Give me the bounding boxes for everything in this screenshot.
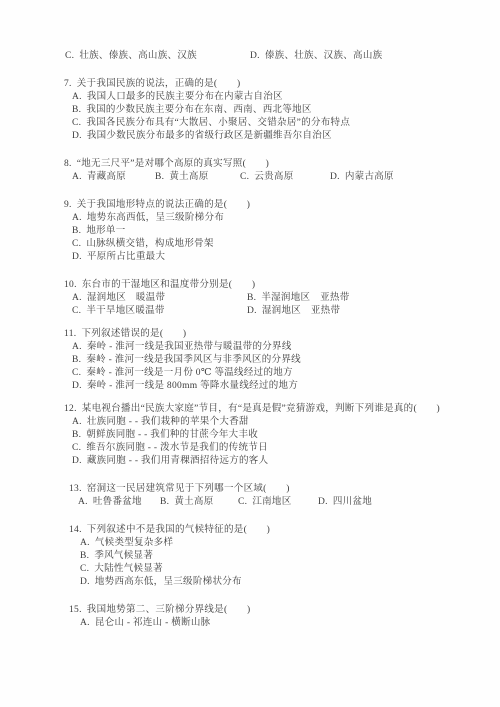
option-text: 壮族、傣族、高山族、汉族: [79, 51, 197, 61]
option-text: 我国少数民族分布最多的省级行政区是新疆维吾尔自治区: [87, 131, 332, 141]
option-label: B.: [80, 551, 89, 561]
option-b: B.朝鲜族同胞 - - 我们种的甘蔗今年大丰收: [72, 429, 442, 442]
question-options: A.昆仑山 - 祁连山 - 横断山脉: [64, 617, 442, 630]
question-text: 下列叙述中不是我国的气候特征的是( ): [87, 525, 270, 535]
option-label: C.: [72, 368, 81, 378]
option-text: 山脉纵横交错，构成地形骨架: [86, 239, 213, 249]
question-11: 11.下列叙述错误的是( ) A.秦岭 - 淮河一线是我国亚热带与暖温带的分界线…: [64, 328, 442, 393]
question-number: 14.: [69, 525, 82, 535]
option-label: C.: [72, 239, 81, 249]
option-label: C.: [72, 306, 81, 316]
option-b: B.半湿润地区 亚热带: [247, 292, 442, 305]
option-a: A.气候类型复杂多样: [80, 537, 442, 550]
option-label: D.: [318, 497, 328, 507]
option-label: C.: [80, 564, 89, 574]
option-text: 黄土高原: [169, 172, 208, 182]
option-a: A.壮族同胞 - - 我们栽种的苹果个大香甜: [72, 416, 442, 429]
option-text: 秦岭 - 淮河一线是 800mm 等降水量线经过的地方: [87, 381, 298, 391]
question-options: A.我国人口最多的民族主要分布在内蒙古自治区 B.我国的少数民族主要分布在东南、…: [64, 91, 442, 143]
option-text: 四川盆地: [333, 497, 372, 507]
option-label: D.: [80, 577, 90, 587]
option-text: 湿润地区 暖温带: [87, 293, 165, 303]
option-label: A.: [72, 417, 82, 427]
option-c: C.山脉纵横交错，构成地形骨架: [72, 238, 442, 251]
option-a: A.吐鲁番盆地: [78, 496, 160, 509]
question-options: A.秦岭 - 淮河一线是我国亚热带与暖温带的分界线 B.秦岭 - 淮河一线是我国…: [64, 341, 442, 393]
option-d: D.湿润地区 亚热带: [247, 305, 442, 318]
question-stem: 10.东台市的干湿地区和温度带分别是( ): [64, 279, 442, 292]
option-text: 秦岭 - 淮河一线是一月份 0℃ 等温线经过的地方: [86, 368, 293, 378]
option-c: C.我国各民族分布具有“大散居、小聚居、交错杂居”的分布特点: [72, 117, 442, 130]
question-stem: 15.我国地势第二、三阶梯分界线是( ): [64, 604, 442, 617]
option-label: C.: [240, 172, 249, 182]
option-d: D.平原所占比重最大: [72, 251, 442, 264]
option-text: 青藏高原: [87, 172, 126, 182]
question-text: 我国地势第二、三阶梯分界线是( ): [87, 605, 251, 615]
option-text: 地势东高西低，呈三级阶梯分布: [87, 213, 224, 223]
question-options: A.湿润地区 暖温带 B.半湿润地区 亚热带 C.半干旱地区暖温带 D.湿润地区…: [64, 292, 442, 318]
option-text: 朝鲜族同胞 - - 我们种的甘蔗今年大丰收: [86, 430, 258, 440]
question-stem: 14.下列叙述中不是我国的气候特征的是( ): [64, 524, 442, 537]
top-orphan-options: C.壮族、傣族、高山族、汉族 D.傣族、壮族、汉族、高山族: [64, 50, 442, 63]
option-label: B.: [247, 293, 256, 303]
option-b: B.地形单一: [72, 225, 442, 238]
option-d: D.地势西高东低，呈三级阶梯状分布: [80, 576, 442, 589]
option-text: 地势西高东低，呈三级阶梯状分布: [95, 577, 242, 587]
question-stem: 9.关于我国地形特点的说法正确的是( ): [64, 199, 442, 212]
option-label: D.: [72, 381, 82, 391]
question-options: A.地势东高西低，呈三级阶梯分布 B.地形单一 C.山脉纵横交错，构成地形骨架 …: [64, 212, 442, 264]
option-a: A.我国人口最多的民族主要分布在内蒙古自治区: [72, 91, 442, 104]
option-label: D.: [247, 306, 257, 316]
option-text: 地形单一: [86, 226, 125, 236]
option-label: B.: [155, 172, 164, 182]
option-text: 湿润地区 亚热带: [262, 306, 340, 316]
option-b: B.我国的少数民族主要分布在东南、西南、西北等地区: [72, 104, 442, 117]
option-a: A.秦岭 - 淮河一线是我国亚热带与暖温带的分界线: [72, 341, 442, 354]
option-b: B.季风气候显著: [80, 550, 442, 563]
option-text: 壮族同胞 - - 我们栽种的苹果个大香甜: [87, 417, 249, 427]
option-label: C.: [65, 51, 74, 61]
question-text: 窑洞这一民居建筑常见于下列哪一个区域( ): [87, 484, 290, 494]
question-text: 关于我国地形特点的说法正确的是( ): [77, 200, 251, 210]
option-text: 云贵高原: [254, 172, 293, 182]
question-text: “地无三尺平”是对哪个高原的真实写照( ): [77, 159, 269, 169]
option-b: B.黄土高原: [160, 496, 238, 509]
option-d: D.傣族、壮族、汉族、高山族: [250, 50, 442, 63]
option-text: 江南地区: [252, 497, 291, 507]
option-d: D.藏族同胞 - - 我们用青稞酒招待远方的客人: [72, 455, 442, 468]
option-text: 气候类型复杂多样: [95, 538, 173, 548]
option-label: B.: [160, 497, 169, 507]
question-10: 10.东台市的干湿地区和温度带分别是( ) A.湿润地区 暖温带 B.半湿润地区…: [64, 279, 442, 318]
option-text: 我国人口最多的民族主要分布在内蒙古自治区: [87, 92, 283, 102]
option-text: 平原所占比重最大: [87, 252, 165, 262]
option-c: C.半干旱地区暖温带: [72, 305, 247, 318]
option-d: D.秦岭 - 淮河一线是 800mm 等降水量线经过的地方: [72, 380, 442, 393]
option-label: B.: [72, 105, 81, 115]
option-label: D.: [72, 456, 82, 466]
option-label: B.: [72, 226, 81, 236]
option-label: D.: [72, 131, 82, 141]
question-stem: 13.窑洞这一民居建筑常见于下列哪一个区域( ): [64, 483, 442, 496]
option-label: A.: [80, 618, 90, 628]
option-text: 吐鲁番盆地: [93, 497, 142, 507]
question-text: 某电视台播出“民族大家庭”节目，有“是真是假”竞猜游戏，判断下列谁是真的( ): [82, 404, 440, 414]
question-14: 14.下列叙述中不是我国的气候特征的是( ) A.气候类型复杂多样 B.季风气候…: [64, 524, 442, 589]
question-text: 关于我国民族的说法，正确的是( ): [77, 79, 241, 89]
question-text: 下列叙述错误的是( ): [81, 329, 186, 339]
option-text: 黄土高原: [174, 497, 213, 507]
option-c: C.维吾尔族同胞 - - 泼水节是我们的传统节日: [72, 442, 442, 455]
option-a: A.湿润地区 暖温带: [72, 292, 247, 305]
question-stem: 7.关于我国民族的说法，正确的是( ): [64, 78, 442, 91]
option-label: B.: [72, 355, 81, 365]
option-label: A.: [72, 172, 82, 182]
option-label: B.: [72, 430, 81, 440]
option-text: 维吾尔族同胞 - - 泼水节是我们的传统节日: [86, 443, 268, 453]
option-label: A.: [80, 538, 90, 548]
question-options: A.气候类型复杂多样 B.季风气候显著 C.大陆性气候显著 D.地势西高东低，呈…: [64, 537, 442, 589]
option-text: 半湿润地区 亚热带: [261, 293, 349, 303]
question-number: 7.: [64, 79, 72, 89]
option-d: D.四川盆地: [318, 496, 442, 509]
option-label: D.: [72, 252, 82, 262]
question-options: A.吐鲁番盆地 B.黄土高原 C.江南地区 D.四川盆地: [64, 496, 442, 509]
question-stem: 11.下列叙述错误的是( ): [64, 328, 442, 341]
option-label: D.: [250, 51, 260, 61]
option-text: 傣族、壮族、汉族、高山族: [265, 51, 383, 61]
option-text: 我国的少数民族主要分布在东南、西南、西北等地区: [86, 105, 311, 115]
option-text: 内蒙古高原: [345, 172, 394, 182]
question-text: 东台市的干湿地区和温度带分别是( ): [82, 280, 256, 290]
question-8: 8.“地无三尺平”是对哪个高原的真实写照( ) A.青藏高原 B.黄土高原 C.…: [64, 158, 442, 184]
question-options: A.青藏高原 B.黄土高原 C.云贵高原 D.内蒙古高原: [64, 171, 442, 184]
question-number: 11.: [64, 329, 76, 339]
question-number: 15.: [69, 605, 82, 615]
question-9: 9.关于我国地形特点的说法正确的是( ) A.地势东高西低，呈三级阶梯分布 B.…: [64, 199, 442, 264]
question-number: 8.: [64, 159, 72, 169]
option-text: 藏族同胞 - - 我们用青稞酒招待远方的客人: [87, 456, 269, 466]
question-15: 15.我国地势第二、三阶梯分界线是( ) A.昆仑山 - 祁连山 - 横断山脉: [64, 604, 442, 630]
option-label: A.: [72, 213, 82, 223]
option-label: A.: [78, 497, 88, 507]
question-number: 10.: [64, 280, 77, 290]
option-c: C.江南地区: [238, 496, 318, 509]
option-label: A.: [72, 293, 82, 303]
question-stem: 8.“地无三尺平”是对哪个高原的真实写照( ): [64, 158, 442, 171]
option-c: C.秦岭 - 淮河一线是一月份 0℃ 等温线经过的地方: [72, 367, 442, 380]
question-number: 9.: [64, 200, 72, 210]
option-label: C.: [72, 118, 81, 128]
option-text: 秦岭 - 淮河一线是我国季风区与非季风区的分界线: [86, 355, 301, 365]
option-a: A.青藏高原: [72, 171, 155, 184]
option-label: A.: [72, 92, 82, 102]
option-d: D.内蒙古高原: [330, 171, 442, 184]
option-c: C.云贵高原: [240, 171, 330, 184]
option-text: 秦岭 - 淮河一线是我国亚热带与暖温带的分界线: [87, 342, 292, 352]
option-c: C.壮族、傣族、高山族、汉族: [65, 50, 250, 63]
option-a: A.地势东高西低，呈三级阶梯分布: [72, 212, 442, 225]
option-text: 大陆性气候显著: [94, 564, 163, 574]
option-text: 我国各民族分布具有“大散居、小聚居、交错杂居”的分布特点: [86, 118, 350, 128]
exam-paper-page: C.壮族、傣族、高山族、汉族 D.傣族、壮族、汉族、高山族 7.关于我国民族的说…: [0, 0, 500, 707]
option-label: C.: [238, 497, 247, 507]
question-number: 13.: [69, 484, 82, 494]
option-c: C.大陆性气候显著: [80, 563, 442, 576]
option-text: 季风气候显著: [94, 551, 153, 561]
option-label: C.: [72, 443, 81, 453]
option-a: A.昆仑山 - 祁连山 - 横断山脉: [80, 617, 442, 630]
option-text: 半干旱地区暖温带: [86, 306, 164, 316]
option-b: B.黄土高原: [155, 171, 240, 184]
question-options: A.壮族同胞 - - 我们栽种的苹果个大香甜 B.朝鲜族同胞 - - 我们种的甘…: [64, 416, 442, 468]
option-label: D.: [330, 172, 340, 182]
option-label: A.: [72, 342, 82, 352]
question-12: 12.某电视台播出“民族大家庭”节目，有“是真是假”竞猜游戏，判断下列谁是真的(…: [64, 403, 442, 468]
question-stem: 12.某电视台播出“民族大家庭”节目，有“是真是假”竞猜游戏，判断下列谁是真的(…: [64, 403, 442, 416]
option-b: B.秦岭 - 淮河一线是我国季风区与非季风区的分界线: [72, 354, 442, 367]
option-d: D.我国少数民族分布最多的省级行政区是新疆维吾尔自治区: [72, 130, 442, 143]
option-text: 昆仑山 - 祁连山 - 横断山脉: [95, 618, 211, 628]
question-7: 7.关于我国民族的说法，正确的是( ) A.我国人口最多的民族主要分布在内蒙古自…: [64, 78, 442, 143]
question-number: 12.: [64, 404, 77, 414]
question-13: 13.窑洞这一民居建筑常见于下列哪一个区域( ) A.吐鲁番盆地 B.黄土高原 …: [64, 483, 442, 509]
